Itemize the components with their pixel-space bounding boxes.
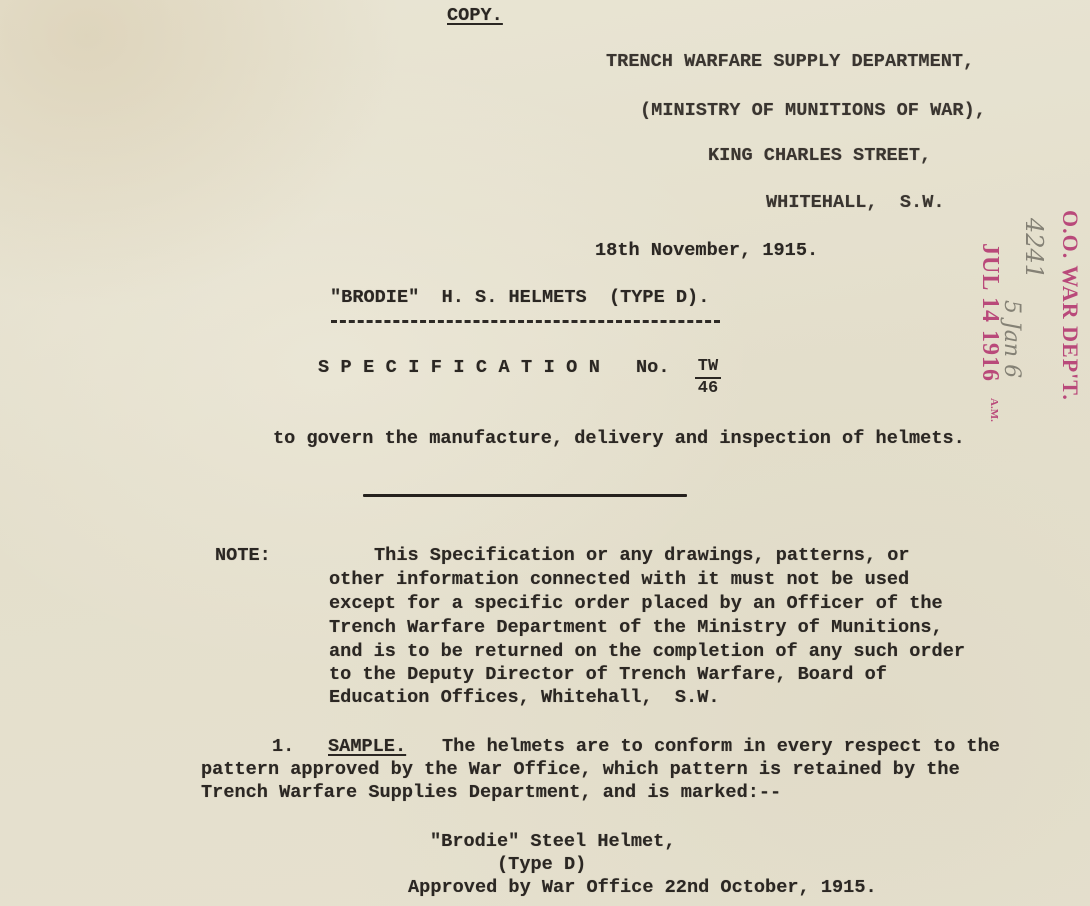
document-date: 18th November, 1915.	[595, 239, 818, 263]
specification-label: SPECIFICATION	[318, 356, 611, 380]
section-heading: SAMPLE.	[328, 735, 406, 759]
specification-number-top: TW	[695, 358, 721, 379]
section-divider-rule	[363, 494, 687, 497]
specification-number-bottom: 46	[695, 379, 721, 399]
document-page: COPY. TRENCH WARFARE SUPPLY DEPARTMENT, …	[0, 0, 1090, 906]
section-line: pattern approved by the War Office, whic…	[201, 758, 960, 782]
marking-line: "Brodie" Steel Helmet,	[430, 830, 675, 854]
marking-line: Approved by War Office 22nd October, 191…	[408, 876, 877, 900]
letterhead-city: WHITEHALL, S.W.	[766, 191, 945, 215]
note-line: Education Offices, Whitehall, S.W.	[329, 686, 720, 710]
section-line: The helmets are to conform in every resp…	[442, 735, 1000, 759]
section-number: 1.	[272, 735, 294, 759]
letterhead-ministry: (MINISTRY OF MUNITIONS OF WAR),	[640, 99, 986, 123]
war-department-stamp: O.O. WAR DEP'T.	[1057, 210, 1083, 401]
marking-line: (Type D)	[497, 853, 586, 877]
title-dashed-rule	[331, 320, 720, 323]
note-label: NOTE:	[215, 544, 271, 568]
note-line: This Specification or any drawings, patt…	[374, 544, 910, 568]
letterhead-street: KING CHARLES STREET,	[708, 144, 931, 168]
section-line: Trench Warfare Supplies Department, and …	[201, 781, 781, 805]
document-title: "BRODIE" H. S. HELMETS (TYPE D).	[330, 286, 709, 310]
time-marker-stamp: A.M.	[988, 398, 1000, 422]
pencil-note: 5 Jan 6	[999, 300, 1024, 378]
note-line: and is to be returned on the completion …	[329, 640, 965, 664]
note-line: except for a specific order placed by an…	[329, 592, 943, 616]
purpose-statement: to govern the manufacture, delivery and …	[273, 427, 965, 451]
note-line: other information connected with it must…	[329, 568, 909, 592]
copy-mark: COPY.	[447, 4, 503, 28]
specification-number-prefix: No.	[636, 356, 669, 380]
pencil-file-number: 4241	[1020, 218, 1048, 279]
note-line: Trench Warfare Department of the Ministr…	[329, 616, 943, 640]
letterhead-department: TRENCH WARFARE SUPPLY DEPARTMENT,	[606, 50, 974, 74]
specification-number: TW 46	[695, 358, 721, 399]
note-line: to the Deputy Director of Trench Warfare…	[329, 663, 887, 687]
